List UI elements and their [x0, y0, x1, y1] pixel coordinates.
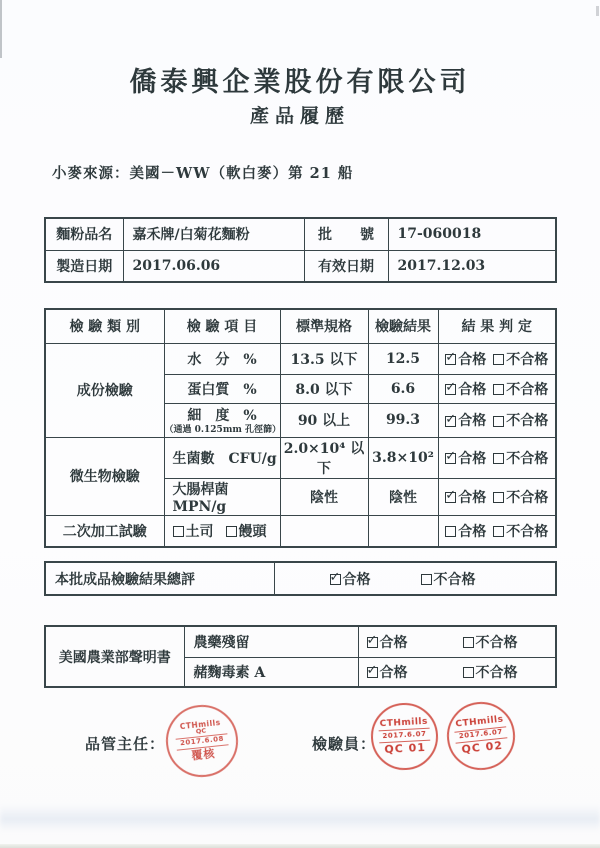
fail-label: 不合格 [506, 413, 548, 429]
fail-group: 不合格 [493, 352, 548, 368]
pass-checkbox [445, 492, 456, 503]
result-protein: 6.6 [368, 374, 438, 403]
verdict-total-plate-count: 合格不合格 [438, 437, 556, 478]
summary-table: 本批成品檢驗結果總評 合格不合格 [44, 561, 557, 596]
fail-group: 不合格 [463, 635, 518, 651]
pass-label: 合格 [458, 524, 486, 540]
verdict-protein: 合格不合格 [438, 374, 556, 403]
category-microbial: 微生物檢驗 [45, 437, 164, 515]
pass-label: 合格 [380, 635, 408, 651]
stamp-id-text: QC 01 [384, 742, 426, 756]
pass-checkbox [330, 574, 341, 585]
verdict-ochratoxin: 合格不合格 [358, 657, 556, 687]
inspection-table: 檢 驗 類 別 檢 驗 項 目 標準規格 檢驗結果 結 果 判 定 成份檢驗 水… [44, 308, 557, 548]
item-fineness-note: （通過 0.125mm 孔徑篩） [165, 425, 280, 435]
pass-checkbox [445, 453, 456, 464]
fail-group: 不合格 [421, 572, 476, 588]
result-coliform: 陰性 [368, 478, 438, 515]
inspection-header-row: 檢 驗 類 別 檢 驗 項 目 標準規格 檢驗結果 結 果 判 定 [45, 309, 556, 343]
summary-row: 本批成品檢驗結果總評 合格不合格 [45, 562, 556, 595]
summary-verdict-cell: 合格不合格 [274, 562, 556, 595]
batch-number-value: 17-060018 [388, 218, 556, 250]
pass-label: 合格 [458, 413, 486, 429]
verdict-moisture: 合格不合格 [438, 343, 556, 374]
verdict-fineness: 合格不合格 [438, 403, 556, 437]
header-result: 檢驗結果 [368, 309, 438, 343]
steamed-bun-checkbox [226, 526, 237, 537]
fail-label: 不合格 [434, 572, 476, 588]
result-moisture: 12.5 [368, 343, 438, 374]
header-item: 檢 驗 項 目 [164, 309, 280, 343]
usda-title: 美國農業部聲明書 [45, 626, 184, 687]
pass-label: 合格 [458, 490, 486, 506]
fail-group: 不合格 [493, 451, 548, 467]
verdict-secondary: 合格不合格 [438, 515, 556, 547]
fail-checkbox [493, 492, 504, 503]
batch-number-label: 批 號 [304, 218, 388, 250]
info-row-1: 麵粉品名 嘉禾牌/白菊花麵粉 批 號 17-060018 [45, 218, 556, 250]
qc-director-label: 品管主任： [85, 733, 165, 754]
pass-checkbox [367, 667, 378, 678]
fail-group: 不合格 [463, 665, 518, 681]
pass-checkbox [445, 526, 456, 537]
item-moisture: 水 分 % [164, 343, 280, 374]
steamed-bun-group: 饅頭 [226, 524, 267, 540]
pass-checkbox [367, 637, 378, 648]
scan-smudge-artifact [0, 804, 600, 832]
toast-checkbox [173, 526, 184, 537]
standard-fineness: 90 以上 [280, 403, 368, 437]
stamp-qc-text: QC [196, 728, 207, 736]
category-secondary: 二次加工試驗 [45, 515, 164, 547]
product-name-label: 麵粉品名 [45, 218, 123, 250]
fail-label: 不合格 [476, 665, 518, 681]
pass-checkbox [445, 354, 456, 365]
inspector-stamp-qc02: CTHmills 2017.6.07 QC 02 [444, 699, 519, 774]
row-secondary-processing: 二次加工試驗 土司饅頭 合格不合格 [45, 515, 556, 547]
scanned-document-page: 僑泰興企業股份有限公司 產品履歷 小麥來源：美國－WW（軟白麥）第 21 船 麵… [0, 0, 600, 848]
stamp-id-text: QC 02 [461, 740, 504, 756]
exp-date-value: 2017.12.03 [388, 250, 556, 282]
document-title: 產品履歷 [0, 101, 600, 128]
fail-checkbox [463, 637, 474, 648]
header-category: 檢 驗 類 別 [45, 309, 164, 343]
row-moisture: 成份檢驗 水 分 % 13.5 以下 12.5 合格不合格 [45, 343, 556, 374]
result-total-plate-count: 3.8×10² [368, 437, 438, 478]
fail-group: 不合格 [493, 413, 548, 429]
item-protein: 蛋白質 % [164, 374, 280, 403]
header-verdict: 結 果 判 定 [438, 309, 556, 343]
pass-label: 合格 [458, 382, 486, 398]
pass-label: 合格 [380, 665, 408, 681]
item-coliform: 大腸桿菌 MPN/g [164, 478, 280, 515]
scan-bottom-edge [0, 844, 600, 848]
standard-moisture: 13.5 以下 [280, 343, 368, 374]
inspector-label: 檢驗員： [312, 733, 376, 754]
fail-label: 不合格 [506, 352, 548, 368]
scan-edge-artifact [0, 0, 2, 58]
fail-group: 不合格 [493, 382, 548, 398]
usda-row-pesticide: 美國農業部聲明書 農藥殘留 合格不合格 [45, 626, 556, 657]
usda-declaration-table: 美國農業部聲明書 農藥殘留 合格不合格 赭麴毒素 A 合格不合格 [44, 625, 557, 688]
fail-checkbox [493, 384, 504, 395]
fail-checkbox [493, 354, 504, 365]
wheat-source-line: 小麥來源：美國－WW（軟白麥）第 21 船 [52, 162, 353, 183]
info-row-2: 製造日期 2017.06.06 有效日期 2017.12.03 [45, 250, 556, 282]
pesticide-residue-label: 農藥殘留 [184, 626, 358, 657]
secondary-options-cell: 土司饅頭 [164, 515, 280, 547]
pass-checkbox [445, 416, 456, 427]
fail-label: 不合格 [506, 382, 548, 398]
header-standard: 標準規格 [280, 309, 368, 343]
item-total-plate-count: 生菌數 CFU/g [164, 437, 280, 478]
inspector-stamp-qc01: CTHmills 2017.6.07 QC 01 [369, 701, 439, 771]
stamp-review-text: 覆核 [191, 748, 216, 762]
result-secondary-empty [368, 515, 438, 547]
standard-secondary-empty [280, 515, 368, 547]
standard-protein: 8.0 以下 [280, 374, 368, 403]
pass-label: 合格 [458, 451, 486, 467]
product-info-table: 麵粉品名 嘉禾牌/白菊花麵粉 批 號 17-060018 製造日期 2017.0… [44, 217, 557, 283]
fail-label: 不合格 [506, 490, 548, 506]
standard-total-plate-count: 2.0×10⁴ 以下 [280, 437, 368, 478]
summary-label: 本批成品檢驗結果總評 [45, 562, 274, 595]
fail-checkbox [421, 574, 432, 585]
fail-group: 不合格 [493, 490, 548, 506]
fail-label: 不合格 [506, 451, 548, 467]
result-fineness: 99.3 [368, 403, 438, 437]
category-composition: 成份檢驗 [45, 343, 164, 437]
toast-label: 土司 [186, 524, 214, 540]
exp-date-label: 有效日期 [304, 250, 388, 282]
product-name-value: 嘉禾牌/白菊花麵粉 [123, 218, 304, 250]
fail-checkbox [493, 416, 504, 427]
steamed-bun-label: 饅頭 [239, 524, 267, 540]
qc-director-stamp: CTHmills QC 2017.6.08 覆核 [162, 701, 241, 780]
fail-checkbox [493, 526, 504, 537]
verdict-pesticide: 合格不合格 [358, 626, 556, 657]
company-name: 僑泰興企業股份有限公司 [0, 60, 600, 99]
pass-label: 合格 [343, 572, 371, 588]
item-fineness-title: 細 度 % [165, 405, 280, 425]
pass-label: 合格 [458, 352, 486, 368]
fail-label: 不合格 [476, 635, 518, 651]
standard-coliform: 陰性 [280, 478, 368, 515]
scan-corner-artifact [596, 6, 599, 16]
mfg-date-label: 製造日期 [45, 250, 123, 282]
pass-checkbox [445, 384, 456, 395]
ochratoxin-label: 赭麴毒素 A [184, 657, 358, 687]
item-fineness: 細 度 % （通過 0.125mm 孔徑篩） [164, 403, 280, 437]
fail-label: 不合格 [506, 524, 548, 540]
fail-checkbox [493, 453, 504, 464]
fail-checkbox [463, 667, 474, 678]
row-total-plate-count: 微生物檢驗 生菌數 CFU/g 2.0×10⁴ 以下 3.8×10² 合格不合格 [45, 437, 556, 478]
fail-group: 不合格 [493, 524, 548, 540]
verdict-coliform: 合格不合格 [438, 478, 556, 515]
mfg-date-value: 2017.06.06 [123, 250, 304, 282]
